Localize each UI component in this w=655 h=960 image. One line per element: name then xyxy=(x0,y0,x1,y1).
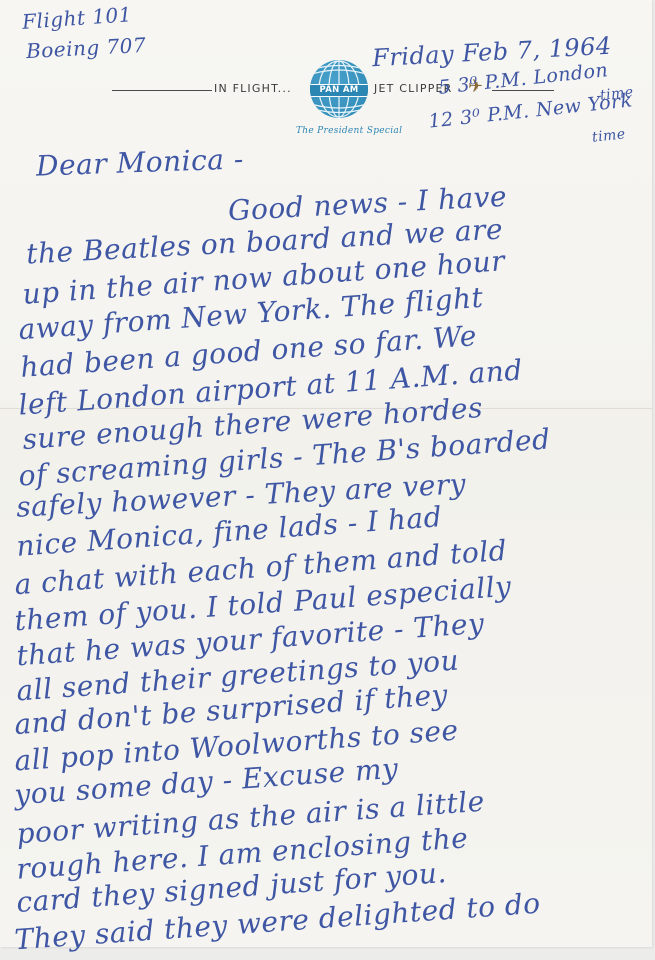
in-flight-label: IN FLIGHT... xyxy=(214,82,292,95)
pan-am-globe-logo-icon: PAN AM xyxy=(310,60,368,118)
flight-number: Flight 101 xyxy=(21,2,132,34)
new-york-time-suffix: time xyxy=(591,126,626,145)
pan-am-logo-text: PAN AM xyxy=(310,84,368,97)
letterhead-rule-left xyxy=(112,90,212,91)
president-special-subtitle: The President Special xyxy=(296,126,402,136)
letter-page: Flight 101 Boeing 707 Friday Feb 7, 1964… xyxy=(0,0,652,947)
salutation: Dear Monica - xyxy=(35,142,244,182)
